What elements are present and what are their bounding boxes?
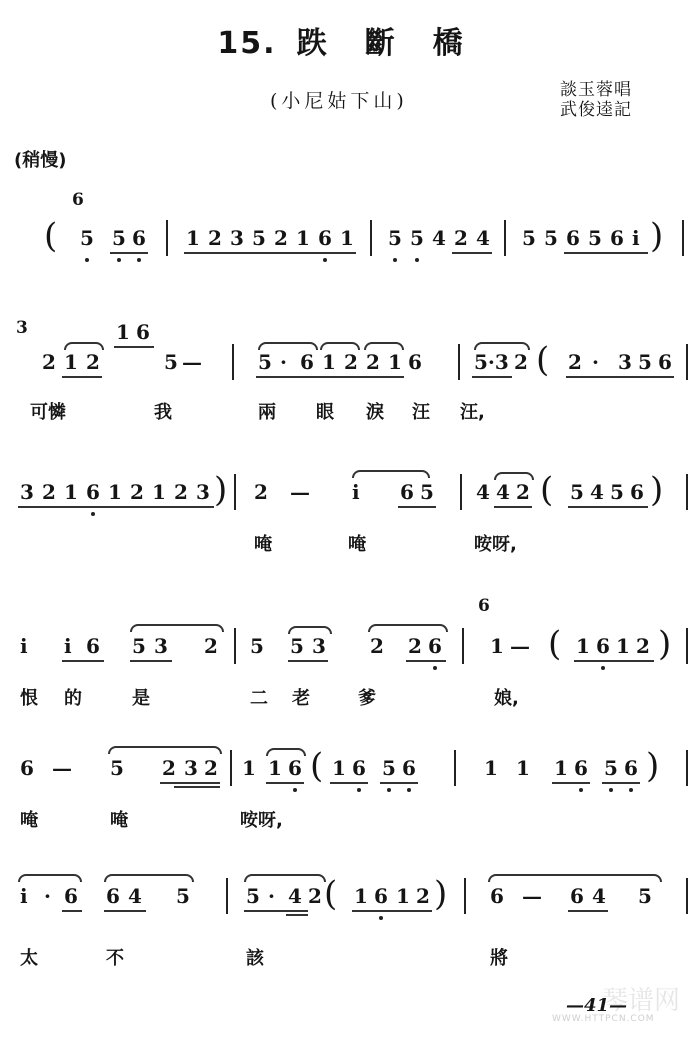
note: 6: [300, 350, 314, 374]
note: 5: [544, 226, 558, 250]
note: 6: [86, 634, 100, 658]
note: i: [20, 884, 28, 908]
note: 6: [624, 756, 638, 780]
note: 5: [80, 226, 94, 250]
note: 2: [366, 350, 380, 374]
slur: [474, 342, 530, 350]
note: 6: [132, 226, 146, 250]
slur: [352, 470, 430, 478]
note: 6: [570, 884, 584, 908]
underline: [114, 346, 154, 348]
close-paren: ): [650, 216, 663, 256]
low-dot: [415, 258, 419, 262]
note: 1: [64, 480, 78, 504]
note: 6: [610, 226, 624, 250]
slur: [104, 874, 194, 882]
note: 6: [86, 480, 100, 504]
title-char: 跌: [297, 18, 329, 62]
note: 1: [484, 756, 498, 780]
barline: [686, 628, 688, 664]
note: 4: [590, 480, 604, 504]
slur: [108, 746, 222, 754]
note: i: [20, 634, 28, 658]
note: 6: [574, 756, 588, 780]
note: 6: [658, 350, 672, 374]
note: 2: [208, 226, 222, 250]
note: ·: [268, 884, 275, 908]
lyric: 咹呀,: [240, 806, 283, 832]
lyric: 兩: [258, 398, 276, 424]
underline: [130, 660, 172, 662]
note: 6: [20, 756, 34, 780]
barline: [686, 750, 688, 786]
lyric: 太: [20, 944, 38, 970]
note: 6: [400, 480, 414, 504]
low-dot: [629, 788, 633, 792]
song-title: 15.跌斷橋: [0, 18, 700, 62]
lyric: 的: [64, 684, 82, 710]
slur: [320, 342, 360, 350]
note: 3: [230, 226, 244, 250]
note: 2: [568, 350, 582, 374]
note: 5: [570, 480, 584, 504]
note: 2: [308, 884, 322, 908]
note: 5: [638, 350, 652, 374]
note: 1: [242, 756, 256, 780]
underline: [574, 660, 654, 662]
low-dot: [293, 788, 297, 792]
underline: [174, 786, 220, 788]
note: 2: [516, 480, 530, 504]
singer-credit: 談玉蓉唱: [560, 80, 632, 100]
note: 6: [630, 480, 644, 504]
note: 6: [136, 320, 150, 344]
note: 5: [252, 226, 266, 250]
note: 2: [254, 480, 268, 504]
barline: [504, 220, 506, 256]
note: 4: [592, 884, 606, 908]
note: 6: [490, 884, 504, 908]
barline: [166, 220, 168, 256]
note: —: [290, 480, 310, 504]
note: 5: [176, 884, 190, 908]
lyric: 老: [292, 684, 310, 710]
note: 2: [416, 884, 430, 908]
barline: [458, 344, 460, 380]
low-dot: [387, 788, 391, 792]
slur: [266, 748, 306, 756]
row-notes: 6 — 5 2 3 2 1 1 6 ( 1 6 5 6 1 1 1 6 5 6: [14, 756, 690, 796]
low-dot: [609, 788, 613, 792]
lyric: 不: [106, 944, 124, 970]
underline: [110, 252, 148, 254]
note: 4: [128, 884, 142, 908]
slur: [494, 472, 534, 480]
lyric: 咹呀,: [474, 530, 517, 556]
underline: [568, 910, 608, 912]
note: 5: [164, 350, 178, 374]
note: 5: [258, 350, 272, 374]
note: 1: [64, 350, 78, 374]
underline: [62, 910, 82, 912]
note: 2: [42, 480, 56, 504]
slur: [364, 342, 404, 350]
note: —: [52, 756, 72, 780]
underline: [266, 782, 304, 784]
underline: [62, 660, 104, 662]
note: 6: [374, 884, 388, 908]
note: 1: [516, 756, 530, 780]
note: 6: [402, 756, 416, 780]
lyric: 汪: [412, 398, 430, 424]
barline: [464, 878, 466, 914]
note: 6: [318, 226, 332, 250]
open-paren: (: [536, 340, 549, 380]
barline: [686, 878, 688, 914]
note: 3: [184, 756, 198, 780]
close-paren: ): [214, 470, 227, 510]
underline: [552, 782, 590, 784]
note: 2: [174, 480, 188, 504]
barline: [234, 474, 236, 510]
close-paren: ): [434, 874, 447, 914]
note: 2: [42, 350, 56, 374]
note: 6: [596, 634, 610, 658]
note: 3: [154, 634, 168, 658]
song-number: 15.: [217, 26, 276, 61]
lyric: 眼: [316, 398, 334, 424]
slur: [488, 874, 662, 882]
note: 2: [408, 634, 422, 658]
underline: [564, 252, 648, 254]
underline: [472, 376, 512, 378]
low-dot: [407, 788, 411, 792]
note: 1: [388, 350, 402, 374]
note: 3: [196, 480, 210, 504]
note: 1: [268, 756, 282, 780]
note: 2: [204, 634, 218, 658]
note: 1: [490, 634, 504, 658]
underline: [256, 376, 404, 378]
low-dot: [601, 666, 605, 670]
note: 5: [382, 756, 396, 780]
low-dot: [85, 258, 89, 262]
close-paren: ): [658, 624, 671, 664]
note: 5: [110, 756, 124, 780]
row-notes: 2 1 2 1 6 5 — 5 · 6 1 2 2 1 6 5·3 2 ( 2 …: [14, 350, 690, 390]
note: 5: [604, 756, 618, 780]
lyric: 唵: [254, 530, 272, 556]
underline: [104, 910, 146, 912]
underline: [406, 660, 446, 662]
note: 1: [108, 480, 122, 504]
page-number: —41—: [566, 995, 627, 1016]
underline: [352, 910, 432, 912]
note: 2: [636, 634, 650, 658]
underline: [184, 252, 356, 254]
lyric: 汪,: [460, 398, 485, 424]
note: 5: [290, 634, 304, 658]
note: 4: [476, 226, 490, 250]
note: 1: [354, 884, 368, 908]
lyric: 唵: [110, 806, 128, 832]
underline: [62, 376, 102, 378]
underline: [568, 506, 648, 508]
note: 1: [340, 226, 354, 250]
note: 2: [454, 226, 468, 250]
open-paren: (: [324, 874, 337, 914]
note: 6: [352, 756, 366, 780]
grace-note: 6: [72, 190, 84, 210]
note: 6: [428, 634, 442, 658]
note: 2: [130, 480, 144, 504]
lyric: 恨: [20, 684, 38, 710]
note: 5: [112, 226, 126, 250]
note: 6: [106, 884, 120, 908]
tempo-marking: (稍慢): [14, 146, 66, 172]
note: 4: [496, 480, 510, 504]
transcriber-credit: 武俊逵記: [560, 100, 632, 120]
lyric: 唵: [20, 806, 38, 832]
underline: [286, 914, 308, 916]
note: 1: [616, 634, 630, 658]
open-paren: (: [540, 470, 553, 510]
low-dot: [379, 916, 383, 920]
lyric: 娘,: [494, 684, 519, 710]
barline: [462, 628, 464, 664]
title-char: 斷: [365, 18, 397, 62]
low-dot: [91, 512, 95, 516]
barline: [232, 344, 234, 380]
note: 6: [64, 884, 78, 908]
note: i: [352, 480, 360, 504]
note: 5: [610, 480, 624, 504]
note: —: [522, 884, 542, 908]
lyric: 二: [250, 684, 268, 710]
note: 5: [250, 634, 264, 658]
note: 3: [312, 634, 326, 658]
note: 5: [588, 226, 602, 250]
credits: 談玉蓉唱 武俊逵記: [560, 80, 632, 120]
note: ·: [280, 350, 287, 374]
barline: [234, 628, 236, 664]
slur: [258, 342, 318, 350]
note: 1: [396, 884, 410, 908]
lyric: 將: [490, 944, 508, 970]
row-notes: 3 2 1 6 1 2 1 2 3 ) 2 — i 6 5 4 4 2 ( 5 …: [14, 480, 690, 520]
note: 6: [288, 756, 302, 780]
low-dot: [323, 258, 327, 262]
barline: [682, 220, 684, 256]
slur: [64, 342, 104, 350]
note: 5: [638, 884, 652, 908]
note: —: [510, 634, 530, 658]
note: 5: [410, 226, 424, 250]
lyric: 可憐: [30, 398, 66, 424]
note: 5: [132, 634, 146, 658]
note: 1: [186, 226, 200, 250]
barline: [370, 220, 372, 256]
underline: [18, 506, 214, 508]
note: 6: [566, 226, 580, 250]
note: 2: [344, 350, 358, 374]
note: 5: [522, 226, 536, 250]
slur: [244, 874, 326, 882]
lyric: 淚: [366, 398, 384, 424]
note: 2: [514, 350, 528, 374]
row-notes: i · 6 6 4 5 5 · 4 2 ( 1 6 1 2 ) 6 — 6 4 …: [14, 884, 690, 924]
barline: [460, 474, 462, 510]
lyric: 我: [154, 398, 172, 424]
note: 1: [576, 634, 590, 658]
note: 1: [116, 320, 130, 344]
slur: [368, 624, 448, 632]
barline: [686, 344, 688, 380]
subtitle: (小尼姑下山): [270, 86, 408, 113]
note: 5: [420, 480, 434, 504]
title-char: 橋: [433, 18, 465, 62]
open-paren: (: [548, 624, 561, 664]
grace-note: 3: [16, 318, 28, 338]
note: 5: [246, 884, 260, 908]
note: 1: [332, 756, 346, 780]
row-notes: i i 6 5 3 2 5 5 3 2 2 6 1 — ( 1 6 1 2 ): [14, 634, 690, 674]
note: 2: [370, 634, 384, 658]
note: i: [632, 226, 640, 250]
lyric: 爹: [358, 684, 376, 710]
underline: [160, 782, 220, 784]
grace-note: 6: [478, 596, 490, 616]
note: 4: [476, 480, 490, 504]
open-paren: (: [44, 216, 57, 256]
barline: [226, 878, 228, 914]
slur: [288, 626, 332, 634]
low-dot: [117, 258, 121, 262]
underline: [602, 782, 640, 784]
lyric: 唵: [348, 530, 366, 556]
low-dot: [433, 666, 437, 670]
close-paren: ): [650, 470, 663, 510]
underline: [566, 376, 674, 378]
note: —: [182, 350, 202, 374]
note: 2: [162, 756, 176, 780]
low-dot: [579, 788, 583, 792]
underline: [494, 506, 532, 508]
note: 3: [618, 350, 632, 374]
low-dot: [357, 788, 361, 792]
underline: [398, 506, 436, 508]
low-dot: [137, 258, 141, 262]
slur: [130, 624, 224, 632]
note: 5·3: [474, 350, 509, 374]
lyric: 該: [246, 944, 264, 970]
note: 3: [20, 480, 34, 504]
note: 2: [86, 350, 100, 374]
note: 1: [152, 480, 166, 504]
note: 2: [274, 226, 288, 250]
note: 1: [322, 350, 336, 374]
note: i: [64, 634, 72, 658]
underline: [380, 782, 418, 784]
slur: [18, 874, 82, 882]
underline: [452, 252, 492, 254]
note: 6: [408, 350, 422, 374]
note: 1: [554, 756, 568, 780]
barline: [230, 750, 232, 786]
underline: [288, 660, 328, 662]
note: 5: [388, 226, 402, 250]
open-paren: (: [310, 746, 323, 786]
note: 4: [432, 226, 446, 250]
low-dot: [393, 258, 397, 262]
close-paren: ): [646, 746, 659, 786]
underline: [330, 782, 368, 784]
note: 1: [296, 226, 310, 250]
row-notes: ( 5 5 6 1 2 3 5 2 1 6 1 5 5 4 2 4 5 5 6 …: [14, 226, 690, 266]
underline: [244, 910, 308, 912]
lyric: 是: [132, 684, 150, 710]
barline: [686, 474, 688, 510]
note: 2: [204, 756, 218, 780]
barline: [454, 750, 456, 786]
note: ·: [44, 884, 51, 908]
note: 4: [288, 884, 302, 908]
note: ·: [592, 350, 599, 374]
